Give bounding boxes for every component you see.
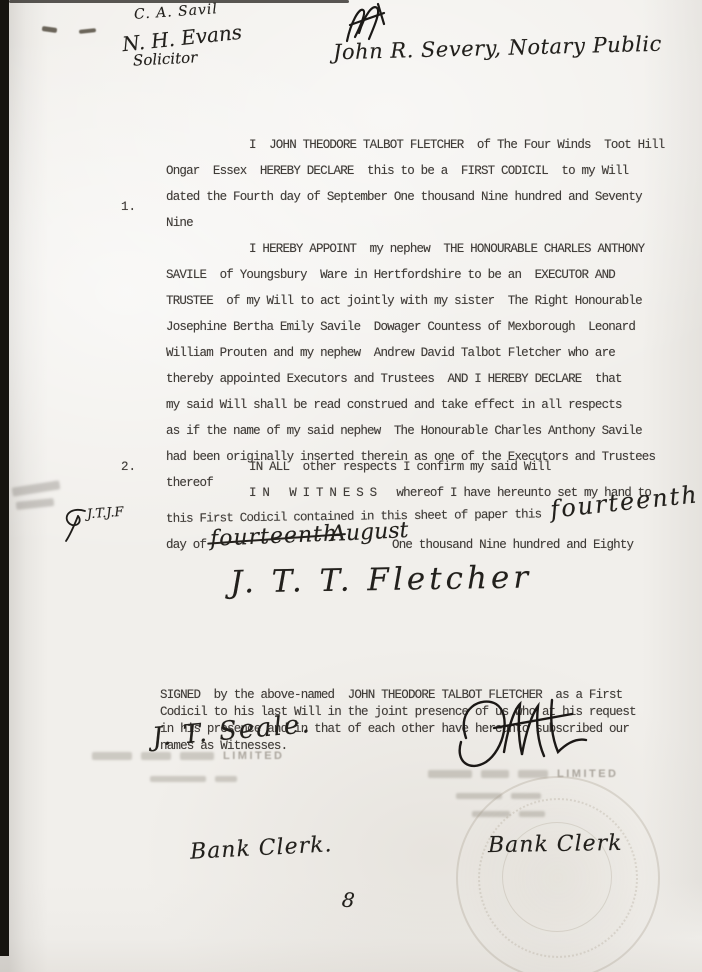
solicitor-title-handwriting: Solicitor xyxy=(133,48,198,69)
typed-line: thereby appointed Executors and Trustees… xyxy=(166,366,655,392)
clause1-paragraph: I HEREBY APPOINT my nephew THE HONOURABL… xyxy=(166,194,655,496)
stamp-blur-bar xyxy=(92,752,132,760)
testator-margin-initials-flourish-icon xyxy=(60,504,90,544)
stamp-line: LIMITED xyxy=(92,750,322,762)
solicitor-initials-handwriting: C. A. Savil xyxy=(134,1,219,23)
typed-line: SAVILE of Youngsbury Ware in Hertfordshi… xyxy=(166,262,655,288)
stamp-blur-bar xyxy=(141,752,171,760)
witness2-occupation-handwriting: Bank Clerk xyxy=(488,831,623,858)
typed-line: I JOHN THEODORE TALBOT FLETCHER of The F… xyxy=(166,132,664,158)
day-of-suffix: One thousand Nine hundred and Eighty xyxy=(392,532,633,558)
embossed-seal xyxy=(456,776,660,972)
typed-line: I HEREBY APPOINT my nephew THE HONOURABL… xyxy=(166,236,655,262)
stamp-blur-bar xyxy=(481,770,509,778)
staple-mark xyxy=(42,26,58,33)
struck-day-word: fourteenth xyxy=(210,521,339,552)
stamp-blur-bar xyxy=(180,752,214,760)
stamp-visible-text: LIMITED xyxy=(223,750,285,762)
clause1-number: 1. xyxy=(121,200,136,214)
typed-line: Ongar Essex HEREBY DECLARE this to be a … xyxy=(166,158,664,184)
typed-line: my said Will shall be read construed and… xyxy=(166,392,655,418)
witness1-occupation-handwriting: Bank Clerk. xyxy=(189,832,333,864)
stamp-blur-bar xyxy=(428,770,472,778)
clause2-number: 2. xyxy=(121,460,136,474)
stamp-blur-bar xyxy=(215,776,237,782)
typed-line: TRUSTEE of my Will to act jointly with m… xyxy=(166,288,655,314)
stamp-line xyxy=(150,776,322,782)
typed-line: Josephine Bertha Emily Savile Dowager Co… xyxy=(166,314,655,340)
scan-top-edge xyxy=(9,0,349,3)
pencil-smudge xyxy=(12,480,61,496)
testator-signature-handwriting: J. T. T. Fletcher xyxy=(230,559,533,600)
faint-company-stamp-left: LIMITED xyxy=(92,750,322,782)
staple-mark xyxy=(79,28,96,34)
typed-line: William Prouten and my nephew Andrew Dav… xyxy=(166,340,655,366)
scanned-codicil-page: C. A. Savil N. H. Evans Solicitor John R… xyxy=(0,0,702,972)
day-of-prefix: day of xyxy=(166,532,206,558)
page-number: 8 xyxy=(341,887,356,912)
clause2-line1: IN ALL other respects I confirm my said … xyxy=(249,454,551,480)
testator-margin-initials: J.T.J.F xyxy=(87,505,125,523)
pencil-smudge xyxy=(16,498,55,510)
typed-line: as if the name of my said nephew The Hon… xyxy=(166,418,655,444)
scan-black-edge xyxy=(0,0,9,956)
stamp-blur-bar xyxy=(150,776,206,782)
